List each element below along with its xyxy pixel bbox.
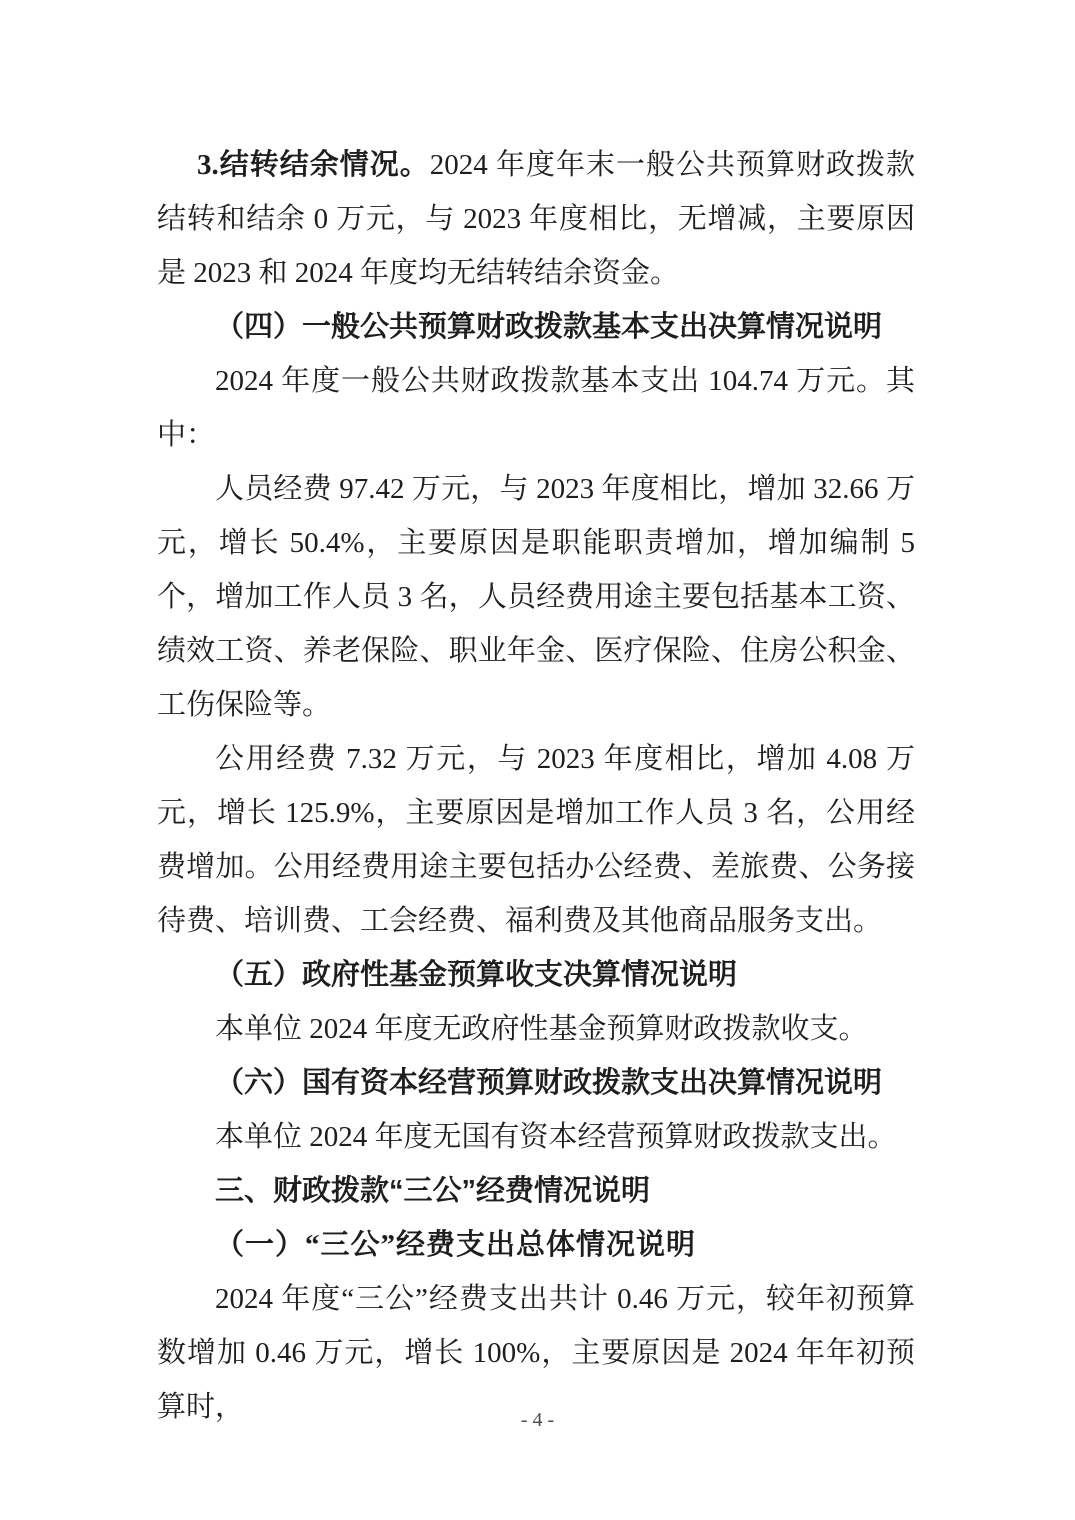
para-gov-fund-budget: 本单位 2024 年度无政府性基金预算财政拨款收支。 — [157, 1002, 915, 1056]
heading-section-4: （四）一般公共预算财政拨款基本支出决算情况说明 — [157, 300, 915, 354]
document-body: 3.结转结余情况。2024 年度年末一般公共预算财政拨款结转和结余 0 万元，与… — [157, 138, 915, 1434]
text-run: （四）一般公共预算财政拨款基本支出决算情况说明 — [215, 311, 882, 343]
heading-section-6: （六）国有资本经营预算财政拨款支出决算情况说明 — [157, 1056, 915, 1110]
text-run: （五）政府性基金预算收支决算情况说明 — [215, 959, 737, 991]
text-run: 2024 年度一般公共财政拨款基本支出 104.74 万元。其中： — [157, 365, 915, 451]
text-run: 三、财政拨款“三公”经费情况说明 — [215, 1175, 650, 1207]
para-state-capital-budget: 本单位 2024 年度无国有资本经营预算财政拨款支出。 — [157, 1110, 915, 1164]
para-basic-expenditure-total: 2024 年度一般公共财政拨款基本支出 104.74 万元。其中： — [157, 354, 915, 462]
text-run: 本单位 2024 年度无政府性基金预算财政拨款收支。 — [215, 1013, 868, 1045]
heading-section-5: （五）政府性基金预算收支决算情况说明 — [157, 948, 915, 1002]
bold-text-run: 3.结转结余情况。 — [197, 149, 430, 181]
text-run: 本单位 2024 年度无国有资本经营预算财政拨款支出。 — [215, 1121, 897, 1153]
document-page: 3.结转结余情况。2024 年度年末一般公共预算财政拨款结转和结余 0 万元，与… — [0, 0, 1075, 1520]
text-run: 公用经费 7.32 万元，与 2023 年度相比，增加 4.08 万元，增长 1… — [157, 743, 915, 937]
text-run: （一）“三公”经费支出总体情况说明 — [215, 1229, 696, 1261]
text-run: 2024 年度“三公”经费支出共计 0.46 万元，较年初预算数增加 0.46 … — [157, 1283, 915, 1423]
page-number: - 4 - — [0, 1407, 1075, 1433]
text-run: （六）国有资本经营预算财政拨款支出决算情况说明 — [215, 1067, 882, 1099]
heading-part-3-sangong: 三、财政拨款“三公”经费情况说明 — [157, 1164, 915, 1218]
para-personnel-expense: 人员经费 97.42 万元，与 2023 年度相比，增加 32.66 万元，增长… — [157, 462, 915, 732]
heading-sub-1-sangong-overall: （一）“三公”经费支出总体情况说明 — [157, 1218, 915, 1272]
para-carryover-balance: 3.结转结余情况。2024 年度年末一般公共预算财政拨款结转和结余 0 万元，与… — [157, 138, 915, 300]
para-public-expense: 公用经费 7.32 万元，与 2023 年度相比，增加 4.08 万元，增长 1… — [157, 732, 915, 948]
text-run: 人员经费 97.42 万元，与 2023 年度相比，增加 32.66 万元，增长… — [157, 473, 915, 721]
